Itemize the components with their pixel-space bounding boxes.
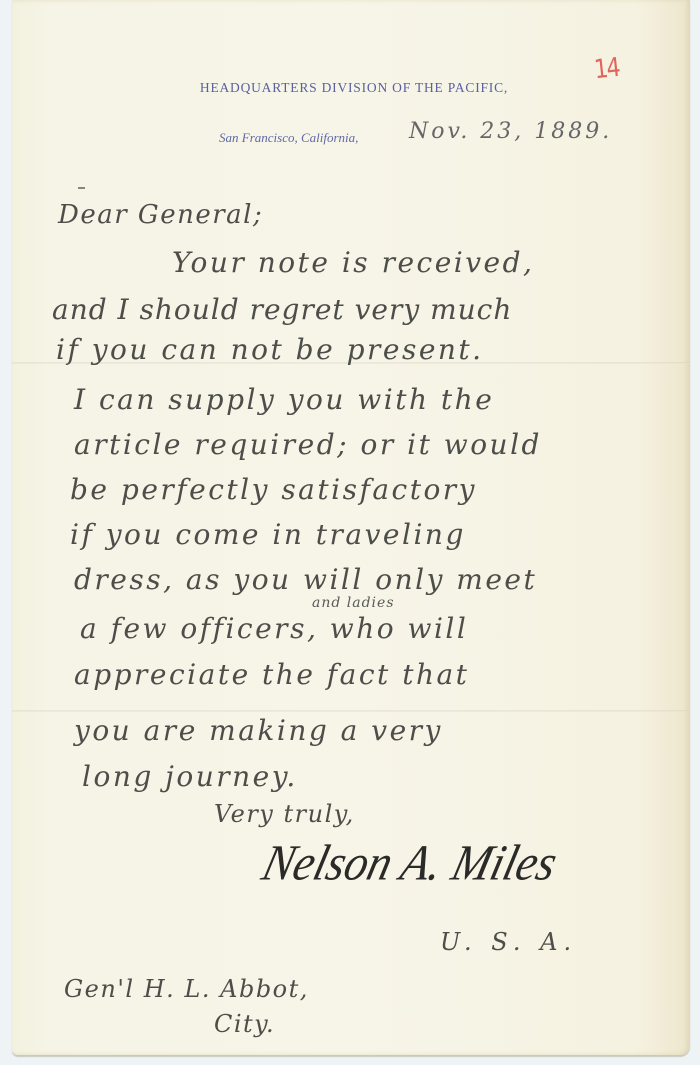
body-line: article required; or it would <box>74 428 542 461</box>
letterhead-place: San Francisco, California, <box>219 130 358 146</box>
body-line: long journey. <box>82 760 298 793</box>
folio-number: 14 <box>593 53 621 85</box>
body-line: if you can not be present. <box>56 333 484 366</box>
closing: Very truly, <box>214 800 355 828</box>
salutation: Dear General; <box>58 200 263 230</box>
body-line: appreciate the fact that <box>74 658 469 691</box>
body-line: Your note is received, <box>172 246 534 279</box>
interlinear-insertion: and ladies <box>312 595 395 611</box>
addressee-location: City. <box>214 1010 275 1038</box>
body-line: I can supply you with the <box>74 383 494 416</box>
fold-crease-lower <box>12 710 690 712</box>
letterhead-title: HEADQUARTERS DIVISION OF THE PACIFIC, <box>154 80 554 96</box>
body-line: if you come in traveling <box>70 518 466 551</box>
letter-date: Nov. 23, 1889. <box>409 119 612 144</box>
signature: Nelson A. Miles <box>257 833 563 891</box>
body-line: and I should regret very much <box>52 293 512 326</box>
body-line: be perfectly satisfactory <box>70 473 477 506</box>
body-line: a few officers, who will <box>80 612 468 645</box>
addressee-name: Gen'l H. L. Abbot, <box>64 975 309 1003</box>
signatory-rank: U. S. A. <box>440 928 577 956</box>
body-line: dress, as you will only meet <box>74 563 537 596</box>
stray-ink-mark <box>78 187 85 189</box>
body-line: you are making a very <box>74 714 443 747</box>
letter-page: 14 HEADQUARTERS DIVISION OF THE PACIFIC,… <box>12 0 690 1055</box>
